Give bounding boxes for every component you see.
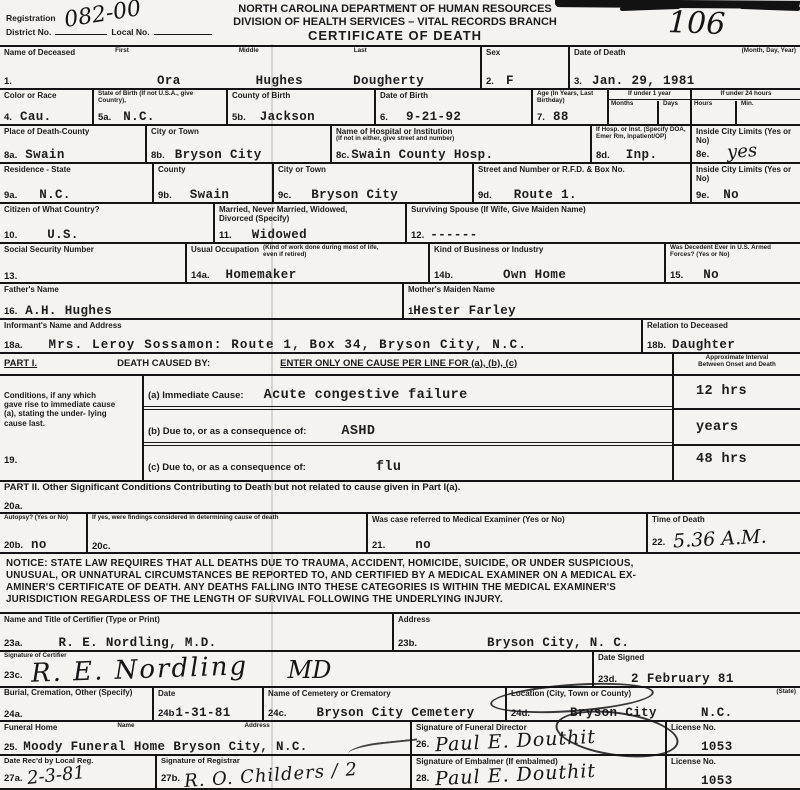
relation-number: 18b. (647, 340, 666, 351)
citizen-value: U.S. (47, 228, 79, 242)
field-ssn: Social Security Number 13. (0, 244, 185, 282)
certifier-address-label: Address (398, 615, 796, 624)
field-date-received: Date Rec'd by Local Reg. 27a. 2-3-81 (0, 756, 155, 788)
hospital-number: 8c. (336, 150, 349, 161)
citizen-label: Citizen of What Country? (4, 205, 209, 214)
location-state-value: N.C. (701, 706, 733, 720)
field-father-name: Father's Name 16.A.H. Hughes (0, 284, 402, 318)
place-county-value: Swain (25, 148, 65, 162)
cause-line-a: (a) Immediate Cause: Acute congestive fa… (144, 376, 672, 410)
certifier-address-number: 23b. (398, 638, 417, 649)
row-certifier-signature: Signature of Certifier 23c. R. E. Nordli… (0, 650, 800, 686)
inside-city-place-value: yes (727, 140, 758, 163)
under-1-year-label: If under 1 year (609, 91, 690, 98)
field-date-of-birth: Date of Birth 6.9-21-92 (374, 90, 531, 124)
field-informant: Informant's Name and Address 18a.Mrs. Le… (0, 320, 641, 352)
sex-value: F (506, 74, 514, 88)
certifier-name-value: R. E. Nordling, M.D. (59, 636, 217, 650)
state-of-birth-number: 5a. (98, 112, 111, 123)
row-ssn-occupation: Social Security Number 13. Usual Occupat… (0, 242, 800, 282)
sex-label: Sex (486, 48, 564, 57)
residence-state-label: Residence - State (4, 165, 148, 174)
time-of-death-value: 5.36 A.M. (673, 526, 768, 553)
hospital-value: Swain County Hosp. (351, 148, 493, 162)
field-hosp-status: If Hosp. or Inst. (Specify DOA, Emer Rm,… (590, 126, 690, 162)
referred-number: 21. (372, 540, 385, 551)
field-mother-maiden-name: Mother's Maiden Name 1Hester Farley (402, 284, 800, 318)
marital-value: Widowed (252, 228, 307, 242)
funeral-home-label: Funeral Home (4, 723, 57, 732)
field-certifier-name: Name and Title of Certifier (Type or Pri… (0, 614, 392, 650)
interval-a-value: 12 hrs (696, 384, 747, 399)
referred-label: Was case referred to Medical Examiner (Y… (372, 515, 642, 524)
residence-city-label: City or Town (278, 165, 468, 174)
county-of-birth-label: County of Birth (232, 91, 370, 100)
field-director-license: License No. 1053 (665, 722, 800, 754)
marital-number: 11. (219, 230, 232, 241)
certifier-name-label: Name and Title of Certifier (Type or Pri… (4, 615, 388, 624)
title-line-3: CERTIFICATE OF DEATH (170, 29, 620, 44)
part1-title: PART I. (4, 359, 37, 370)
field-inside-city-place: Inside City Limits (Yes or No) 8e.yes (690, 126, 800, 162)
interval-c: 48 hrs (674, 446, 800, 478)
residence-state-value: N.C. (39, 188, 71, 202)
residence-state-number: 9a. (4, 190, 17, 201)
hosp-status-label: If Hosp. or Inst. (Specify DOA, Emer Rm,… (596, 127, 686, 141)
autopsy-value: no (31, 538, 47, 552)
months-days-divider (657, 101, 659, 124)
field-residence-street: Street and Number or R.F.D. & Box No. 9d… (472, 164, 690, 202)
part1-conditions-cell: Conditions, if any which gave rise to im… (0, 376, 142, 480)
county-of-birth-value: Jackson (260, 110, 315, 124)
spouse-value: ------ (430, 228, 477, 242)
row-place-of-death: Place of Death-County 8a.Swain City or T… (0, 124, 800, 162)
field-findings: If yes, were findings considered in dete… (86, 514, 366, 552)
row-citizen-marital: Citizen of What Country? 10.U.S. Married… (0, 202, 800, 242)
middle-label: Middle (239, 48, 259, 57)
name-first-value: Ora (157, 74, 181, 88)
embalmer-license-label: License No. (671, 757, 796, 766)
state-of-birth-value: N.C. (123, 110, 155, 124)
registrar-signature-number: 27b. (161, 773, 180, 784)
field-embalmer-license: License No. 1053 (665, 756, 800, 788)
field-date-of-death: Date of Death (Month, Day, Year) 3.Jan. … (568, 47, 800, 88)
row-residence: Residence - State 9a.N.C. County 9b.Swai… (0, 162, 800, 202)
district-no-label: District No. (6, 28, 51, 38)
field-burial: Burial, Cremation, Other (Specify) 24a. (0, 688, 152, 720)
relation-label: Relation to Deceased (647, 321, 796, 330)
field-county-of-birth: County of Birth 5b.Jackson (226, 90, 374, 124)
field-name-of-deceased: Name of Deceased First Middle Last 1. Or… (0, 47, 480, 88)
title-line-1: NORTH CAROLINA DEPARTMENT OF HUMAN RESOU… (170, 3, 620, 16)
hosp-status-number: 8d. (596, 150, 610, 161)
part2-cell: PART II. Other Significant Conditions Co… (0, 482, 800, 512)
business-number: 14b. (434, 270, 453, 281)
form-title: NORTH CAROLINA DEPARTMENT OF HUMAN RESOU… (170, 3, 620, 44)
date-received-value: 2-3-81 (26, 762, 86, 789)
field-autopsy: Autopsy? (Yes or No) 20b.no (0, 514, 86, 552)
notice-line-4: JURISDICTION REGARDLESS OF THE LENGTH OF… (6, 594, 794, 606)
time-of-death-number: 22. (652, 537, 665, 548)
funeral-address-col-label: Address (245, 723, 270, 732)
certifier-name-number: 23a. (4, 638, 23, 649)
field-residence-county: County 9b.Swain (152, 164, 272, 202)
father-number: 16. (4, 306, 17, 317)
inside-city-residence-value: No (723, 188, 739, 202)
row-part1-header: PART I. DEATH CAUSED BY: ENTER ONLY ONE … (0, 352, 800, 374)
notice-line-2: UNUSUAL, OR UNNATURAL CIRCUMSTANCES BE R… (6, 570, 794, 582)
date-received-number: 27a. (4, 773, 23, 784)
occupation-sublabel: (Kind of work done during most of life, … (263, 245, 383, 259)
director-license-label: License No. (671, 723, 796, 732)
death-certificate-document: Registration District No. Local No. 082-… (0, 0, 800, 790)
field-color-or-race: Color or Race 4.Cau. (0, 90, 92, 124)
age-value: 88 (553, 110, 569, 124)
informant-number: 18a. (4, 340, 23, 351)
place-county-number: 8a. (4, 150, 17, 161)
row-race-birth-age: Color or Race 4.Cau. State of Birth (If … (0, 88, 800, 124)
findings-label: If yes, were findings considered in dete… (92, 515, 362, 522)
occupation-value: Homemaker (226, 268, 297, 282)
name-middle-value: Hughes (256, 74, 303, 88)
place-county-label: Place of Death-County (4, 127, 141, 136)
burial-number: 24a. (4, 709, 23, 720)
certifier-signature-number: 23c. (4, 670, 23, 681)
months-label: Months (609, 100, 661, 109)
field-if-under-1-year: If under 1 year Months Days (607, 90, 690, 124)
name-number: 1. (4, 76, 12, 87)
part1-header: PART I. DEATH CAUSED BY: ENTER ONLY ONE … (0, 354, 672, 374)
under-24-hours-label: If under 24 hours (692, 91, 800, 98)
time-of-death-label: Time of Death (652, 515, 796, 524)
field-embalmer-signature: Signature of Embalmer (If embalmed) 28. … (410, 756, 665, 788)
cemetery-number: 24c. (268, 708, 287, 719)
certifier-signature-suffix: MD (288, 656, 332, 684)
field-armed-forces: Was Decedent Ever in U.S. Armed Forces? … (664, 244, 800, 282)
field-time-of-death: Time of Death 22.5.36 A.M. (646, 514, 800, 552)
age-label: Age (In Years, Last Birthday) (537, 91, 603, 105)
place-city-number: 8b. (151, 150, 165, 161)
field-marital-status: Married, Never Married, Widowed, Divorce… (213, 204, 405, 242)
row-notice: NOTICE: STATE LAW REQUIRES THAT ALL DEAT… (0, 552, 800, 612)
residence-city-number: 9c. (278, 190, 291, 201)
dod-value: Jan. 29, 1981 (592, 74, 695, 88)
business-value: Own Home (503, 268, 566, 282)
occupation-label: Usual Occupation (191, 245, 259, 259)
autopsy-number: 20b. (4, 540, 23, 551)
funeral-home-value: Moody Funeral Home Bryson City, N.C. (23, 740, 307, 754)
ssn-number: 13. (4, 271, 17, 282)
race-value: Cau. (20, 110, 52, 124)
part1-interval-header: Approximate Interval Between Onset and D… (672, 354, 800, 374)
cemetery-value: Bryson City Cemetery (317, 706, 475, 720)
interval-a: 12 hrs (674, 376, 800, 410)
field-date-signed: Date Signed 23d.2 February 81 (592, 652, 800, 686)
occupation-number: 14a. (191, 270, 210, 281)
date-signed-label: Date Signed (598, 653, 796, 662)
cause-a-value: Acute congestive failure (264, 388, 468, 403)
hours-label: Hours (692, 100, 739, 109)
field-occupation: Usual Occupation (Kind of work done duri… (185, 244, 428, 282)
notice-block: NOTICE: STATE LAW REQUIRES THAT ALL DEAT… (0, 554, 800, 612)
field-certifier-signature: Signature of Certifier 23c. R. E. Nordli… (0, 652, 592, 686)
interval-label-2: Between Onset and Death (678, 362, 796, 369)
field-funeral-home: Funeral Home Name Address 25.Moody Funer… (0, 722, 410, 754)
place-city-value: Bryson City (175, 148, 262, 162)
cause-line-c: (c) Due to, or as a consequence of: flu (144, 446, 672, 478)
field-certifier-address: Address 23b.Bryson City, N. C. (392, 614, 800, 650)
row-parents: Father's Name 16.A.H. Hughes Mother's Ma… (0, 282, 800, 318)
date-signed-value: 2 February 81 (631, 672, 734, 686)
ssn-label: Social Security Number (4, 245, 181, 254)
row-name-sex-dod: Name of Deceased First Middle Last 1. Or… (0, 45, 800, 88)
district-no-blank (55, 34, 107, 35)
row-disposition: Burial, Cremation, Other (Specify) 24a. … (0, 686, 800, 720)
cause-b-label: (b) Due to, or as a consequence of: (148, 427, 306, 438)
embalmer-signature: Paul E. Douthit (435, 760, 597, 790)
date-of-birth-value: 9-21-92 (406, 110, 461, 124)
mother-value: Hester Farley (413, 304, 516, 318)
cause-b-value: ASHD (341, 424, 375, 439)
date-of-birth-label: Date of Birth (380, 91, 527, 100)
burial-date-value: 1-31-81 (175, 706, 230, 720)
field-referred-to-examiner: Was case referred to Medical Examiner (Y… (366, 514, 646, 552)
citizen-number: 10. (4, 230, 17, 241)
spouse-number: 12. (411, 230, 424, 241)
row-informant: Informant's Name and Address 18a.Mrs. Le… (0, 318, 800, 352)
residence-street-value: Route 1. (514, 188, 577, 202)
field-residence-city: City or Town 9c.Bryson City (272, 164, 472, 202)
findings-number: 20c. (92, 541, 111, 552)
name-label: Name of Deceased (4, 48, 75, 57)
embalmer-signature-number: 28. (416, 773, 429, 784)
part1-number: 19. (4, 455, 17, 466)
burial-date-label: Date (158, 689, 258, 698)
field-business: Kind of Business or Industry 14b.Own Hom… (428, 244, 664, 282)
field-relation: Relation to Deceased 18b.Daughter (641, 320, 800, 352)
director-license-value: 1053 (701, 740, 733, 754)
certifier-signature: R. E. Nordling (30, 651, 248, 689)
row-certifier: Name and Title of Certifier (Type or Pri… (0, 612, 800, 650)
cemetery-label: Name of Cemetery or Crematory (268, 689, 501, 698)
relation-value: Daughter (672, 338, 735, 352)
funeral-home-number: 25. (4, 742, 17, 753)
race-label: Color or Race (4, 91, 88, 100)
funeral-name-col-label: Name (117, 723, 134, 732)
armed-forces-label: Was Decedent Ever in U.S. Armed Forces? … (670, 245, 796, 259)
residence-county-value: Swain (190, 188, 230, 202)
informant-value: Mrs. Leroy Sossamon: Route 1, Box 34, Br… (49, 338, 528, 352)
field-cemetery: Name of Cemetery or Crematory 24c.Bryson… (262, 688, 505, 720)
age-number: 7. (537, 112, 545, 123)
race-number: 4. (4, 112, 12, 123)
interval-c-value: 48 hrs (696, 452, 747, 467)
marital-label: Married, Never Married, Widowed, Divorce… (219, 205, 369, 223)
name-last-value: Dougherty (353, 74, 424, 88)
inside-city-residence-label: Inside City Limits (Yes or No) (696, 165, 796, 183)
place-city-label: City or Town (151, 127, 326, 136)
last-label: Last (354, 48, 367, 57)
location-state-label: (State) (776, 689, 796, 698)
certifier-address-value: Bryson City, N. C. (487, 636, 629, 650)
field-place-of-death-county: Place of Death-County 8a.Swain (0, 126, 145, 162)
sex-number: 2. (486, 76, 494, 87)
row-registrar: Date Rec'd by Local Reg. 27a. 2-3-81 Sig… (0, 754, 800, 790)
field-state-of-birth: State of Birth (If not U.S.A., give Coun… (92, 90, 226, 124)
dod-number: 3. (574, 76, 582, 87)
field-place-city: City or Town 8b.Bryson City (145, 126, 330, 162)
field-citizen: Citizen of What Country? 10.U.S. (0, 204, 213, 242)
autopsy-label: Autopsy? (Yes or No) (4, 515, 82, 522)
part1-causes-cell: (a) Immediate Cause: Acute congestive fa… (142, 376, 672, 480)
residence-city-value: Bryson City (311, 188, 398, 202)
field-surviving-spouse: Surviving Spouse (If Wife, Give Maiden N… (405, 204, 800, 242)
dod-label: Date of Death (574, 48, 626, 57)
row-part1-body: Conditions, if any which gave rise to im… (0, 374, 800, 480)
armed-forces-value: No (703, 268, 719, 282)
inside-city-place-number: 8e. (696, 149, 709, 160)
mother-label: Mother's Maiden Name (408, 285, 796, 294)
burial-label: Burial, Cremation, Other (Specify) (4, 689, 148, 698)
first-label: First (115, 48, 129, 57)
father-value: A.H. Hughes (25, 304, 112, 318)
inside-city-residence-number: 9e. (696, 190, 709, 201)
residence-county-number: 9b. (158, 190, 172, 201)
field-hospital: Name of Hospital or Institution (If not … (330, 126, 590, 162)
title-line-2: DIVISION OF HEALTH SERVICES – VITAL RECO… (170, 16, 620, 29)
row-part2: PART II. Other Significant Conditions Co… (0, 480, 800, 512)
part1-intervals-cell: 12 hrs years 48 hrs (672, 376, 800, 480)
part1-conditions-note: Conditions, if any which gave rise to im… (4, 391, 116, 428)
row-autopsy-examiner: Autopsy? (Yes or No) 20b.no If yes, were… (0, 512, 800, 552)
state-of-birth-label: State of Birth (If not U.S.A., give Coun… (98, 91, 222, 105)
field-if-under-24-hours: If under 24 hours Hours Min. (690, 90, 800, 124)
hospital-sublabel: (If not in either, give street and numbe… (336, 136, 586, 143)
county-of-birth-number: 5b. (232, 112, 246, 123)
residence-street-number: 9d. (478, 190, 492, 201)
part2-label: PART II. Other Significant Conditions Co… (4, 483, 796, 494)
cause-line-b: (b) Due to, or as a consequence of: ASHD (144, 410, 672, 446)
spouse-label: Surviving Spouse (If Wife, Give Maiden N… (411, 205, 796, 214)
father-label: Father's Name (4, 285, 398, 294)
part2-number: 20a. (4, 501, 23, 512)
embalmer-license-value: 1053 (701, 774, 733, 788)
cause-c-value: flu (376, 460, 402, 475)
hosp-status-value: Inp. (626, 148, 658, 162)
residence-street-label: Street and Number or R.F.D. & Box No. (478, 165, 686, 174)
notice-line-3: AMINER'S CERTIFICATE OF DEATH. ANY DEATH… (6, 582, 794, 594)
notice-line-1: NOTICE: STATE LAW REQUIRES THAT ALL DEAT… (6, 558, 794, 570)
interval-b-value: years (696, 420, 739, 435)
cause-c-label: (c) Due to, or as a consequence of: (148, 463, 306, 474)
referred-value: no (415, 538, 431, 552)
burial-date-number: 24b (158, 708, 174, 719)
field-registrar-signature: Signature of Registrar 27b. R. O. Childe… (155, 756, 410, 788)
date-of-birth-number: 6. (380, 112, 388, 123)
cause-a-label: (a) Immediate Cause: (148, 391, 244, 402)
informant-label: Informant's Name and Address (4, 321, 637, 330)
part1-instruction: ENTER ONLY ONE CAUSE PER LINE FOR (a), (… (280, 359, 517, 370)
local-no-label: Local No. (111, 28, 149, 38)
field-burial-date: Date 24b1-31-81 (152, 688, 262, 720)
business-label: Kind of Business or Industry (434, 245, 660, 254)
field-sex: Sex 2.F (480, 47, 568, 88)
min-label: Min. (739, 100, 756, 109)
field-inside-city-residence: Inside City Limits (Yes or No) 9e.No (690, 164, 800, 202)
armed-forces-number: 15. (670, 270, 683, 281)
page-number: 106 (667, 5, 725, 42)
days-label: Days (661, 100, 680, 109)
residence-county-label: County (158, 165, 268, 174)
scan-artifact (740, 4, 800, 11)
field-residence-state: Residence - State 9a.N.C. (0, 164, 152, 202)
part1-caused-by: DEATH CAUSED BY: (117, 359, 210, 370)
hours-min-divider (735, 101, 737, 124)
interval-b: years (674, 410, 800, 446)
dod-sublabel: (Month, Day, Year) (742, 48, 796, 57)
field-age: Age (In Years, Last Birthday) 7.88 (531, 90, 607, 124)
